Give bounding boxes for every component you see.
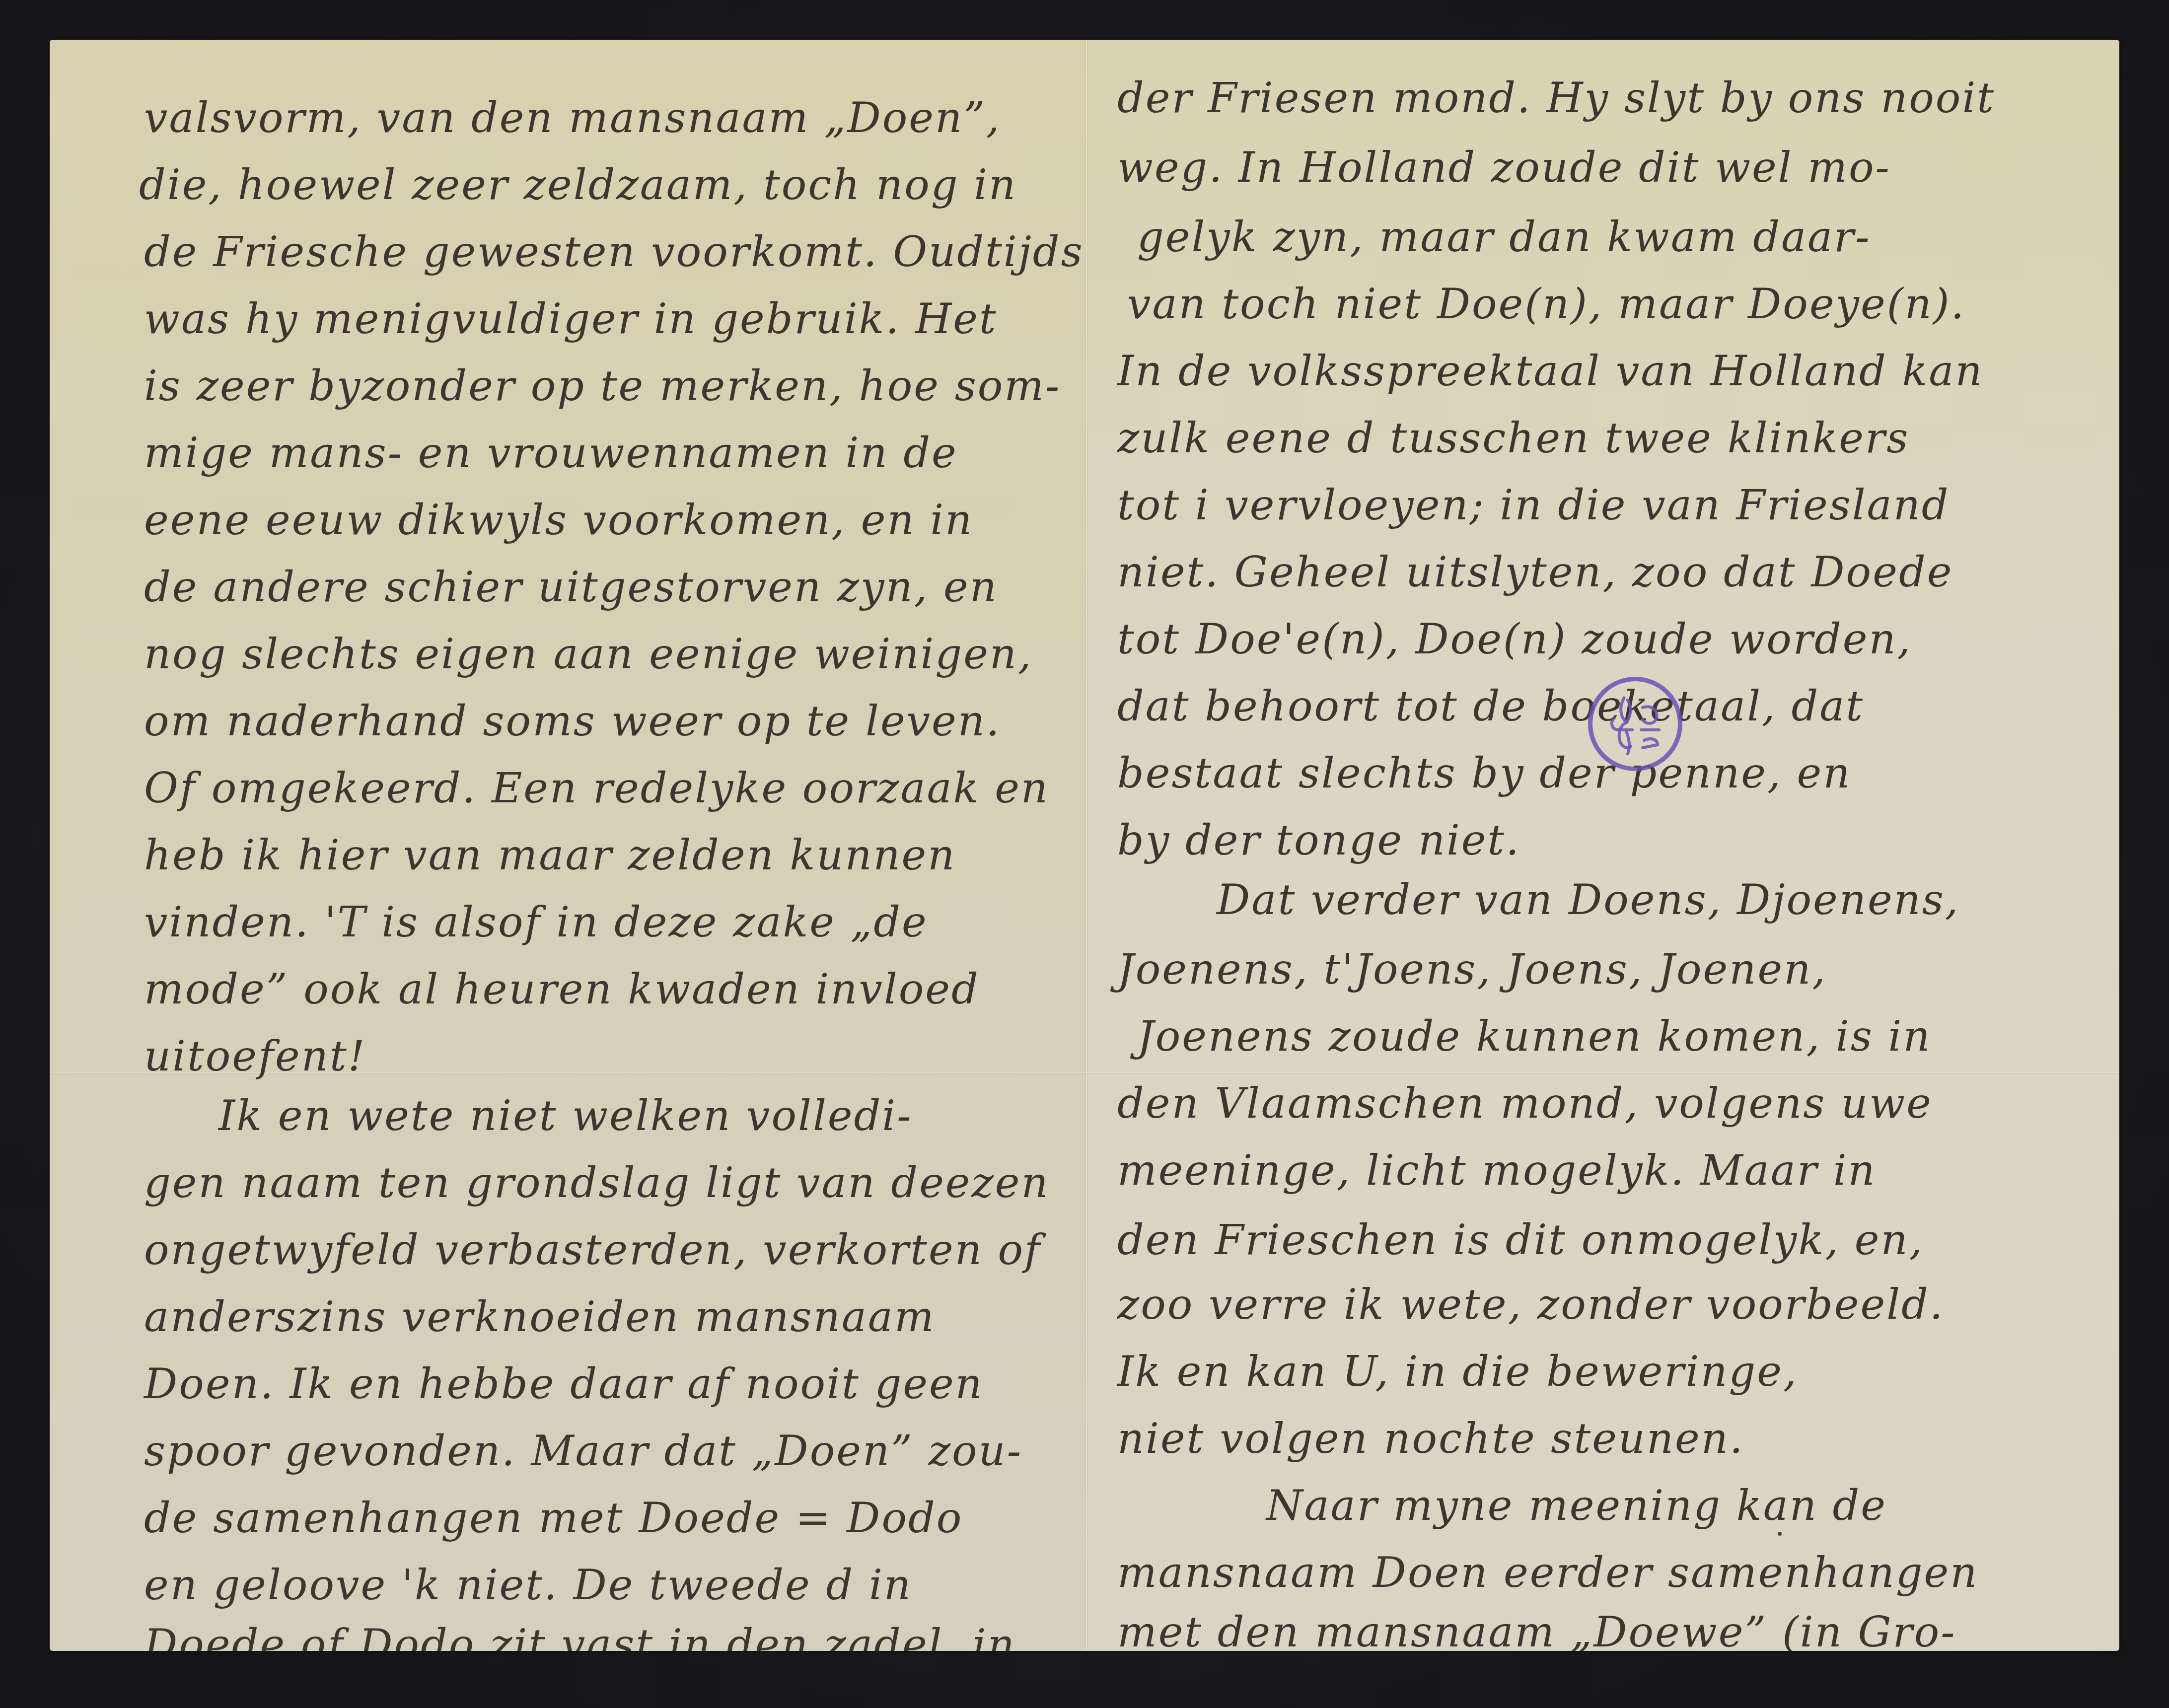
- text-line: tot i vervloeyen; in die van Friesland: [1117, 484, 1950, 526]
- text-line: der Friesen mond. Hy slyt by ons nooit: [1117, 77, 1995, 119]
- text-line: vinden. 'T is alsof in deze zake „de: [144, 901, 928, 943]
- text-line: mige mans- en vrouwennamen in de: [144, 432, 958, 474]
- text-line: ongetwyfeld verbasterden, verkorten of: [144, 1229, 1041, 1271]
- text-line: Of omgekeerd. Een redelyke oorzaak en: [144, 767, 1049, 809]
- text-line: met den mansnaam „Doewe” (in Gro-: [1117, 1611, 1956, 1651]
- text-line: uitoefent!: [144, 1035, 366, 1077]
- text-line: gelyk zyn, maar dan kwam daar-: [1137, 216, 1871, 258]
- text-line: meeninge, licht mogelyk. Maar in: [1117, 1149, 1877, 1191]
- text-line: Dat verder van Doens, Djoenens,: [1217, 879, 1960, 921]
- text-line: niet. Geheel uitslyten, zoo dat Doede: [1117, 551, 1953, 593]
- text-line: nog slechts eigen aan eenige weinigen,: [144, 633, 1033, 675]
- text-line: Naar myne meening kan de: [1266, 1485, 1887, 1526]
- text-line: zoo verre ik wete, zonder voorbeeld.: [1117, 1283, 1945, 1325]
- text-line: weg. In Holland zoude dit wel mo-: [1117, 146, 1891, 188]
- fleur-de-lis-icon: [1598, 687, 1672, 761]
- text-line: de Friesche gewesten voorkomt. Oudtijds: [144, 231, 1084, 273]
- center-fold: [1085, 40, 1087, 1651]
- text-line: by der tonge niet.: [1117, 819, 1520, 861]
- text-line: dat behoort tot de boeketaal, dat: [1117, 685, 1864, 727]
- text-line: heb ik hier van maar zelden kunnen: [144, 834, 956, 876]
- text-line: In de volksspreektaal van Holland kan: [1117, 350, 1984, 392]
- text-line: en geloove 'k niet. De tweede d in: [144, 1564, 912, 1606]
- archive-stamp: [1588, 677, 1682, 771]
- text-line: den Vlaamschen mond, volgens uwe: [1117, 1082, 1933, 1124]
- text-line: den Frieschen is dit onmogelyk, en,: [1117, 1219, 1924, 1261]
- text-line: Ik en kan U, in die beweringe,: [1117, 1351, 1798, 1392]
- text-line: Ik en wete niet welken volledi-: [218, 1095, 913, 1137]
- text-line: niet volgen nochte steunen.: [1117, 1418, 1744, 1459]
- text-line: anderszins verknoeiden mansnaam: [144, 1296, 936, 1338]
- text-line: van toch niet Doe(n), maar Doeye(n).: [1127, 283, 1965, 325]
- text-line: spoor gevonden. Maar dat „Doen” zou-: [144, 1430, 1022, 1472]
- text-line: om naderhand soms weer op te leven.: [144, 700, 1001, 742]
- text-line: die, hoewel zeer zeldzaam, toch nog in: [139, 164, 1017, 206]
- text-line: tot Doe'e(n), Doe(n) zoude worden,: [1117, 618, 1912, 660]
- scan-background: valsvorm, van den mansnaam „Doen”, die, …: [0, 0, 2169, 1708]
- text-line: Doede of Dodo zit vast in den zadel, in: [144, 1624, 1016, 1651]
- text-line: gen naam ten grondslag ligt van deezen: [144, 1162, 1050, 1204]
- ink-dot: [1778, 1532, 1782, 1536]
- text-line: bestaat slechts by der penne, en: [1117, 752, 1851, 794]
- letter-sheet: valsvorm, van den mansnaam „Doen”, die, …: [50, 40, 2119, 1651]
- text-line: Joenens zoude kunnen komen, is in: [1137, 1015, 1931, 1057]
- text-line: de andere schier uitgestorven zyn, en: [144, 566, 998, 608]
- text-line: de samenhangen met Doede = Dodo: [144, 1497, 963, 1539]
- text-line: mode” ook al heuren kwaden invloed: [144, 968, 980, 1010]
- text-line: eene eeuw dikwyls voorkomen, en in: [144, 499, 973, 541]
- text-line: was hy menigvuldiger in gebruik. Het: [144, 298, 998, 340]
- text-line: mansnaam Doen eerder samenhangen: [1117, 1552, 1978, 1593]
- text-line: valsvorm, van den mansnaam „Doen”,: [144, 97, 1001, 139]
- text-line: zulk eene d tusschen twee klinkers: [1117, 417, 1909, 459]
- text-line: Joenens, t'Joens, Joens, Joenen,: [1117, 948, 1827, 990]
- text-line: Doen. Ik en hebbe daar af nooit geen: [144, 1363, 984, 1405]
- text-line: is zeer byzonder op te merken, hoe som-: [144, 365, 1061, 407]
